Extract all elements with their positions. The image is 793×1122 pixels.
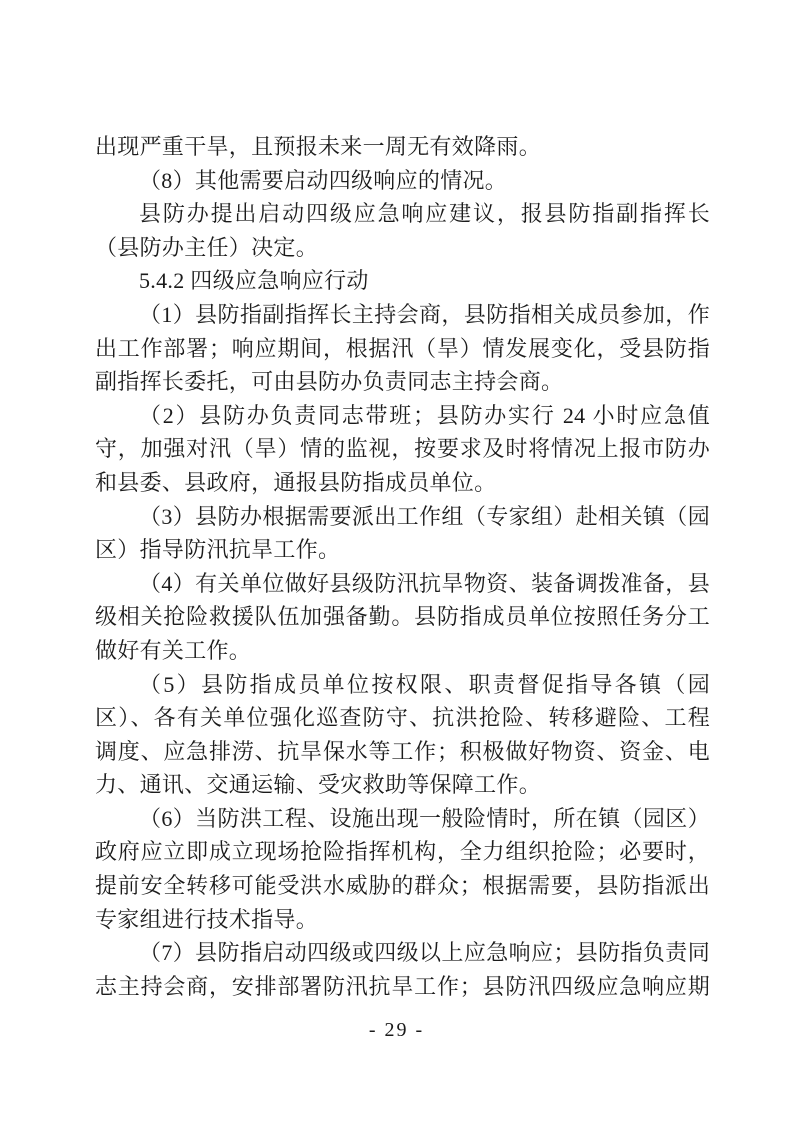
text-line: （1）县防指副指挥长主持会商，县防指相关成员参加，作 <box>95 298 710 332</box>
text-line: （3）县防办根据需要派出工作组（专家组）赴相关镇（园 <box>95 500 710 534</box>
text-line: 出工作部署；响应期间，根据汛（旱）情发展变化，受县防指 <box>95 332 710 366</box>
text-line: 级相关抢险救援队伍加强备勤。县防指成员单位按照任务分工 <box>95 600 710 634</box>
text-line: 副指挥长委托，可由县防办负责同志主持会商。 <box>95 365 710 399</box>
text-line: 区）、各有关单位强化巡查防守、抗洪抢险、转移避险、工程 <box>95 701 710 735</box>
text-line: （4）有关单位做好县级防汛抗旱物资、装备调拨准备，县 <box>95 567 710 601</box>
text-line: 县防办提出启动四级应急响应建议，报县防指副指挥长 <box>95 197 710 231</box>
text-line: 出现严重干旱，且预报未来一周无有效降雨。 <box>95 130 710 164</box>
text-line: 提前安全转移可能受洪水威胁的群众；根据需要，县防指派出 <box>95 869 710 903</box>
text-line: 做好有关工作。 <box>95 634 710 668</box>
text-line: 调度、应急排涝、抗旱保水等工作；积极做好物资、资金、电 <box>95 735 710 769</box>
text-line: （2）县防办负责同志带班；县防办实行 24 小时应急值 <box>95 399 710 433</box>
text-line: （7）县防指启动四级或四级以上应急响应；县防指负责同 <box>95 936 710 970</box>
text-line: 专家组进行技术指导。 <box>95 903 710 937</box>
text-line: 志主持会商，安排部署防汛抗旱工作；县防汛四级应急响应期 <box>95 970 710 1004</box>
text-line: 守，加强对汛（旱）情的监视，按要求及时将情况上报市防办 <box>95 432 710 466</box>
text-line: 区）指导防汛抗旱工作。 <box>95 533 710 567</box>
document-body: 出现严重干旱，且预报未来一周无有效降雨。（8）其他需要启动四级响应的情况。县防办… <box>95 130 710 1003</box>
section-heading: 5.4.2 四级应急响应行动 <box>95 264 710 298</box>
text-line: （县防办主任）决定。 <box>95 231 710 265</box>
text-line: 力、通讯、交通运输、受灾救助等保障工作。 <box>95 768 710 802</box>
document-page: 出现严重干旱，且预报未来一周无有效降雨。（8）其他需要启动四级响应的情况。县防办… <box>0 0 793 1122</box>
text-line: 和县委、县政府，通报县防指成员单位。 <box>95 466 710 500</box>
text-line: （8）其他需要启动四级响应的情况。 <box>95 164 710 198</box>
text-line: 政府应立即成立现场抢险指挥机构，全力组织抢险；必要时， <box>95 835 710 869</box>
text-line: （5）县防指成员单位按权限、职责督促指导各镇（园 <box>95 668 710 702</box>
text-line: （6）当防洪工程、设施出现一般险情时，所在镇（园区） <box>95 802 710 836</box>
page-number: - 29 - <box>0 1014 793 1048</box>
